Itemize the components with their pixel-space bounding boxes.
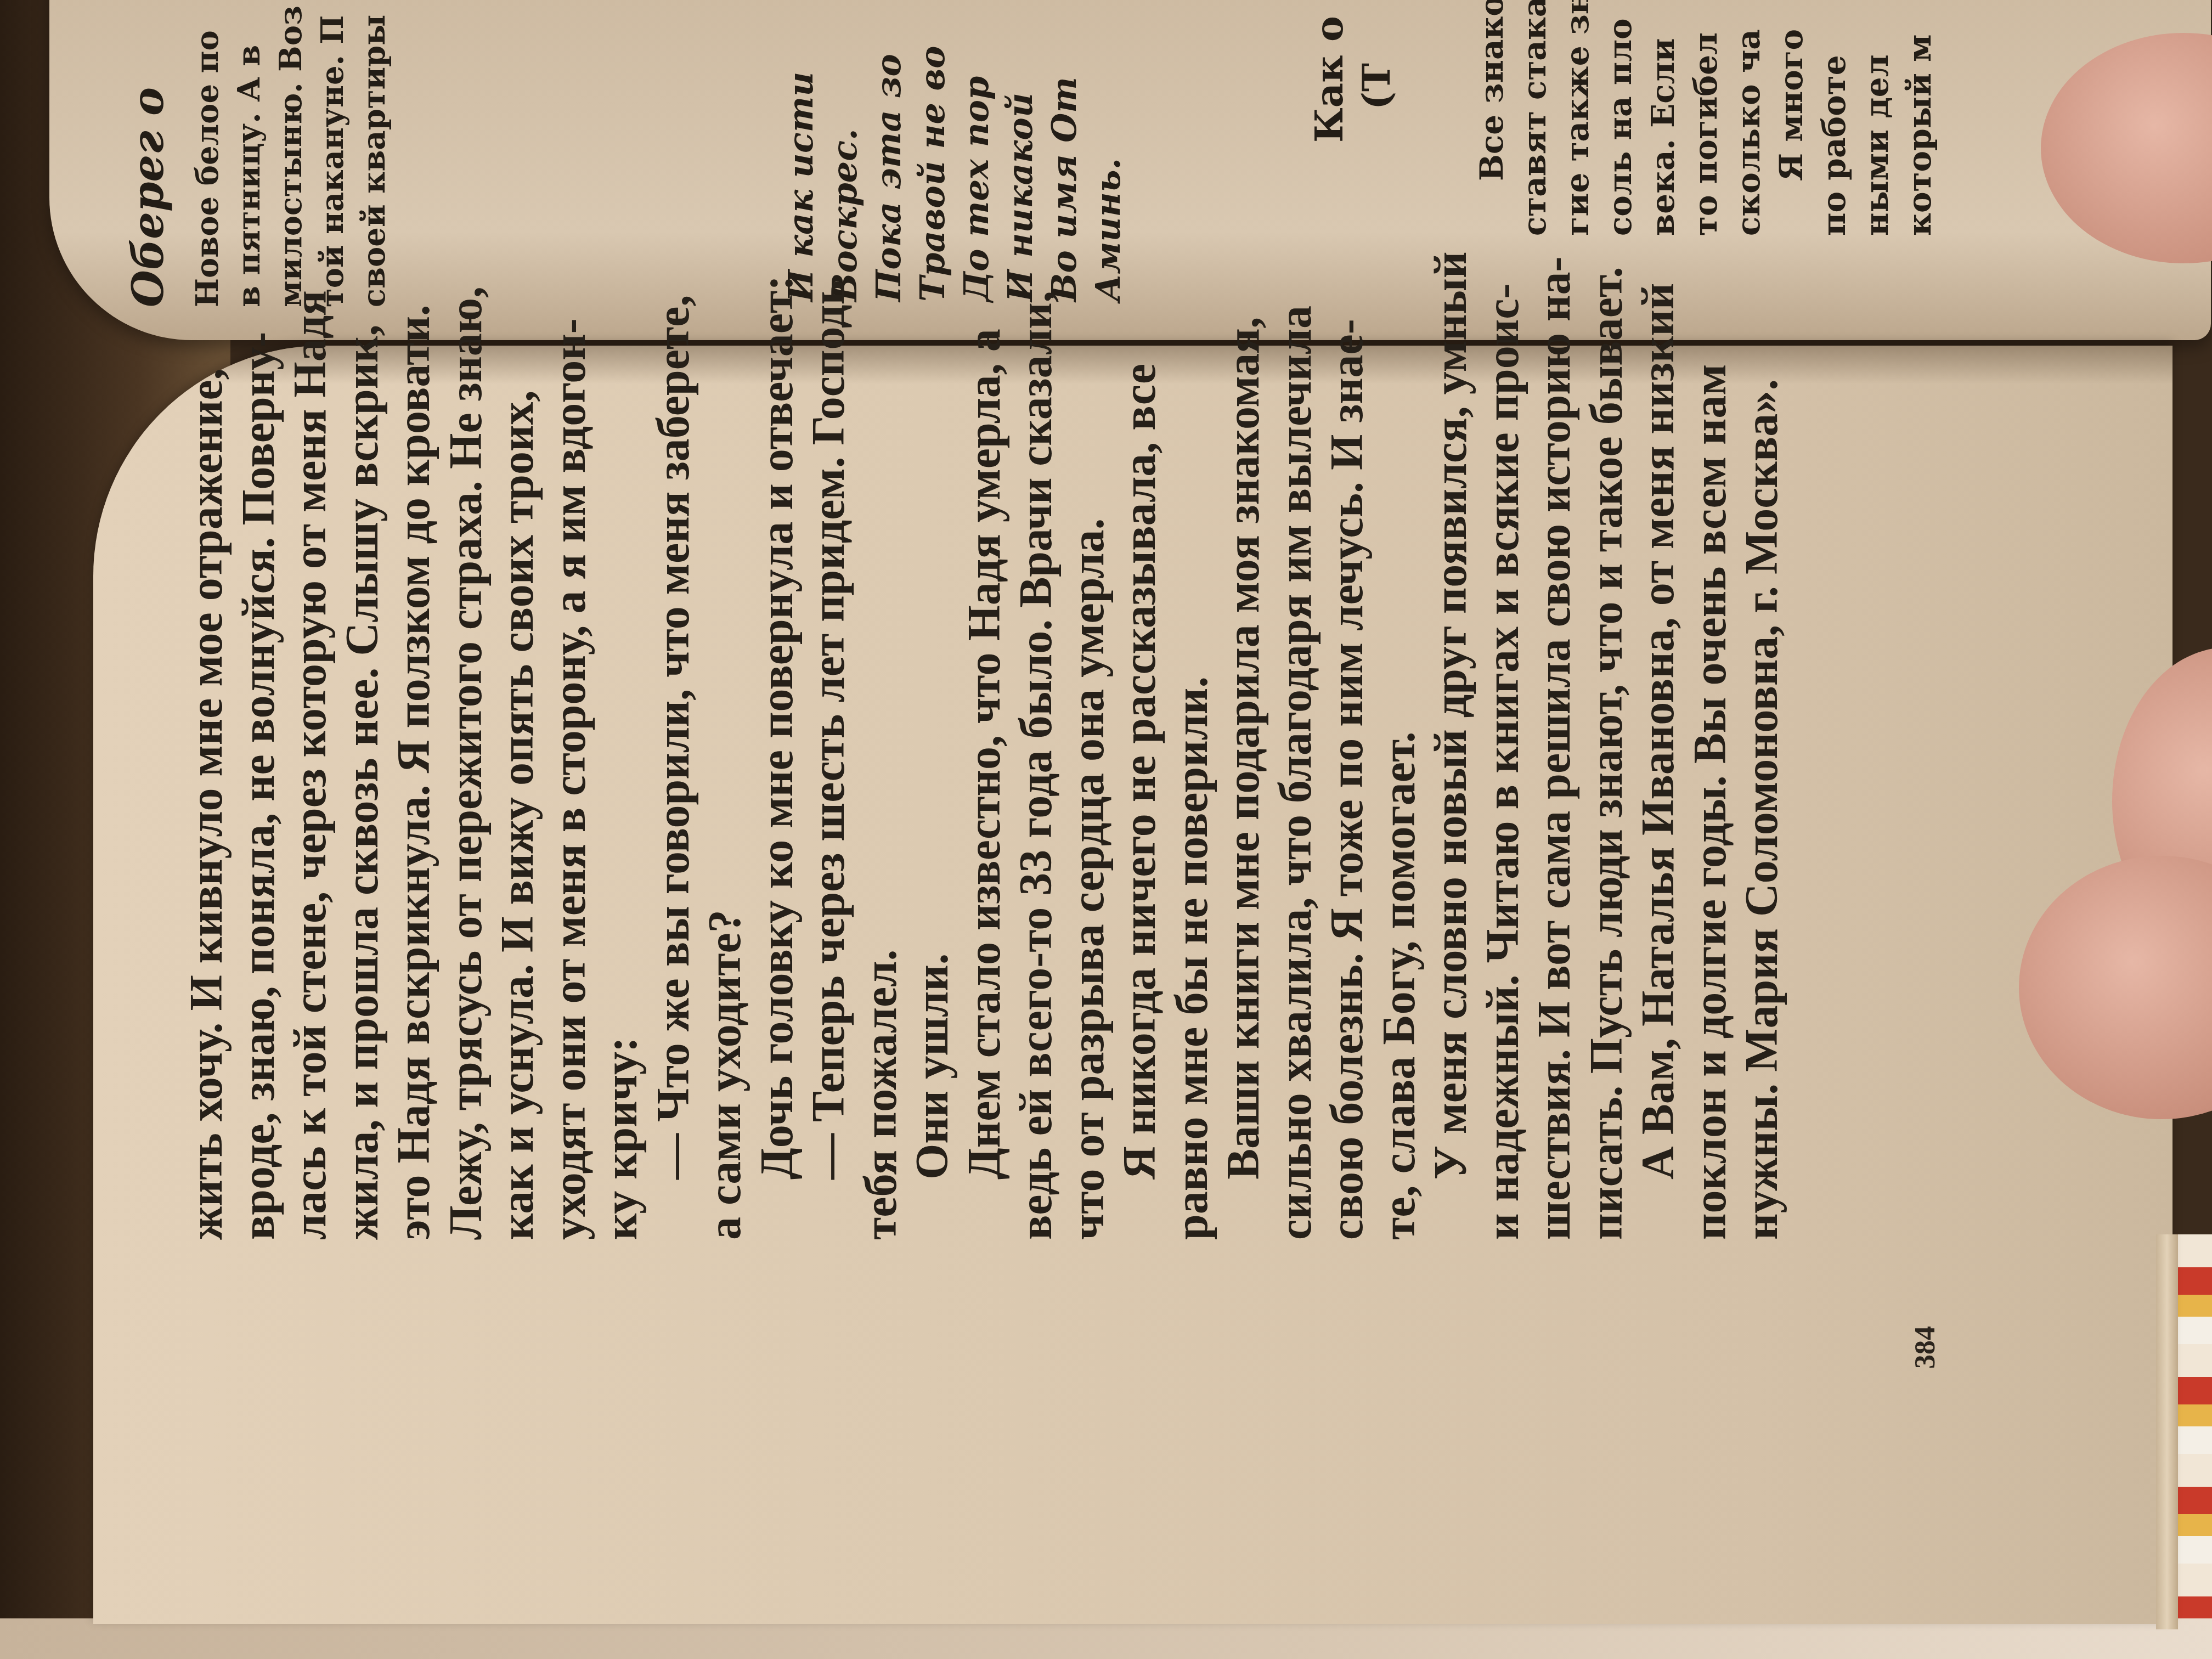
page-edges <box>2156 1234 2178 1629</box>
text-line: жила, и прошла сквозь нее. Слышу вскрик, <box>337 44 389 1240</box>
text-line: сильно хвалила, что благодаря им вылечил… <box>1270 44 1322 1240</box>
text-line: это Надя вскрикнула. Я ползком до кроват… <box>388 44 441 1240</box>
text-line: вроде, знаю, поняла, не волнуйся. Поверн… <box>233 44 285 1240</box>
text-line: Дочь головку ко мне повернула и отвечает… <box>752 44 804 1240</box>
text-line: жить хочу. И кивнуло мне мое отражение, <box>181 44 233 1240</box>
text-line: Днем стало известно, что Надя умерла, а <box>959 44 1011 1240</box>
text-line: по работе <box>1813 0 1855 236</box>
facing-heading-text: Оберег о <box>123 87 173 307</box>
text-line: Ваши книги мне подарила моя знакомая, <box>1218 44 1270 1240</box>
text-line: шествия. И вот сама решила свою историю … <box>1529 44 1581 1240</box>
background-surface <box>0 1618 2212 1659</box>
text-line: равно мне бы не поверили. <box>1166 44 1218 1240</box>
text-line: Я никогда ничего не рассказывала, все <box>1114 44 1166 1240</box>
text-line: и надежный. Читаю в книгах и всякие прои… <box>1477 44 1530 1240</box>
text-line: те, слава Богу, помогает. <box>1374 44 1426 1240</box>
text-line: ведь ей всего-то 33 года было. Врачи ска… <box>1011 44 1063 1240</box>
text-line: свою болезнь. Я тоже по ним лечусь. И зн… <box>1322 44 1374 1240</box>
text-line: тебя пожалел. <box>855 44 907 1240</box>
text-line: поклон и долгие годы. Вы очень всем нам <box>1685 44 1737 1240</box>
dialogue-line: — Теперь через шесть лет придем. Господь <box>803 44 855 1240</box>
dialogue-line: — Что же вы говорили, что меня заберете, <box>648 44 700 1240</box>
text-line: У меня словно новый друг появился, умный <box>1425 44 1477 1240</box>
signature-line: нужны. Мария Соломоновна, г. Москва». <box>1736 44 1788 1240</box>
text-line: а сами уходите? <box>699 44 752 1240</box>
text-line: который м <box>1898 0 1941 236</box>
facing-heading: Оберег о <box>123 87 173 307</box>
page-body-text: жить хочу. И кивнуло мне мое отражение, … <box>181 44 1788 1240</box>
text-line: А Вам, Наталья Ивановна, от меня низкий <box>1633 44 1685 1240</box>
text-line: как и уснула. И вижу опять своих троих, <box>492 44 544 1240</box>
text-line: Они ушли. <box>907 44 959 1240</box>
text-line: ку кричу: <box>596 44 648 1240</box>
text-line: уходят они от меня в сторону, а я им вдо… <box>544 44 596 1240</box>
floral-tablecloth <box>2172 1234 2212 1659</box>
text-line: ными дел <box>1855 0 1898 236</box>
text-line: лась к той стене, через которую от меня … <box>285 44 337 1240</box>
text-line: что от разрыва сердца она умерла. <box>1063 44 1115 1240</box>
text-line: Лежу, трясусь от пережитого страха. Не з… <box>441 44 493 1240</box>
text-line: писать. Пусть люди знают, что и такое бы… <box>1581 44 1633 1240</box>
page-number: 384 <box>1909 1326 1942 1369</box>
